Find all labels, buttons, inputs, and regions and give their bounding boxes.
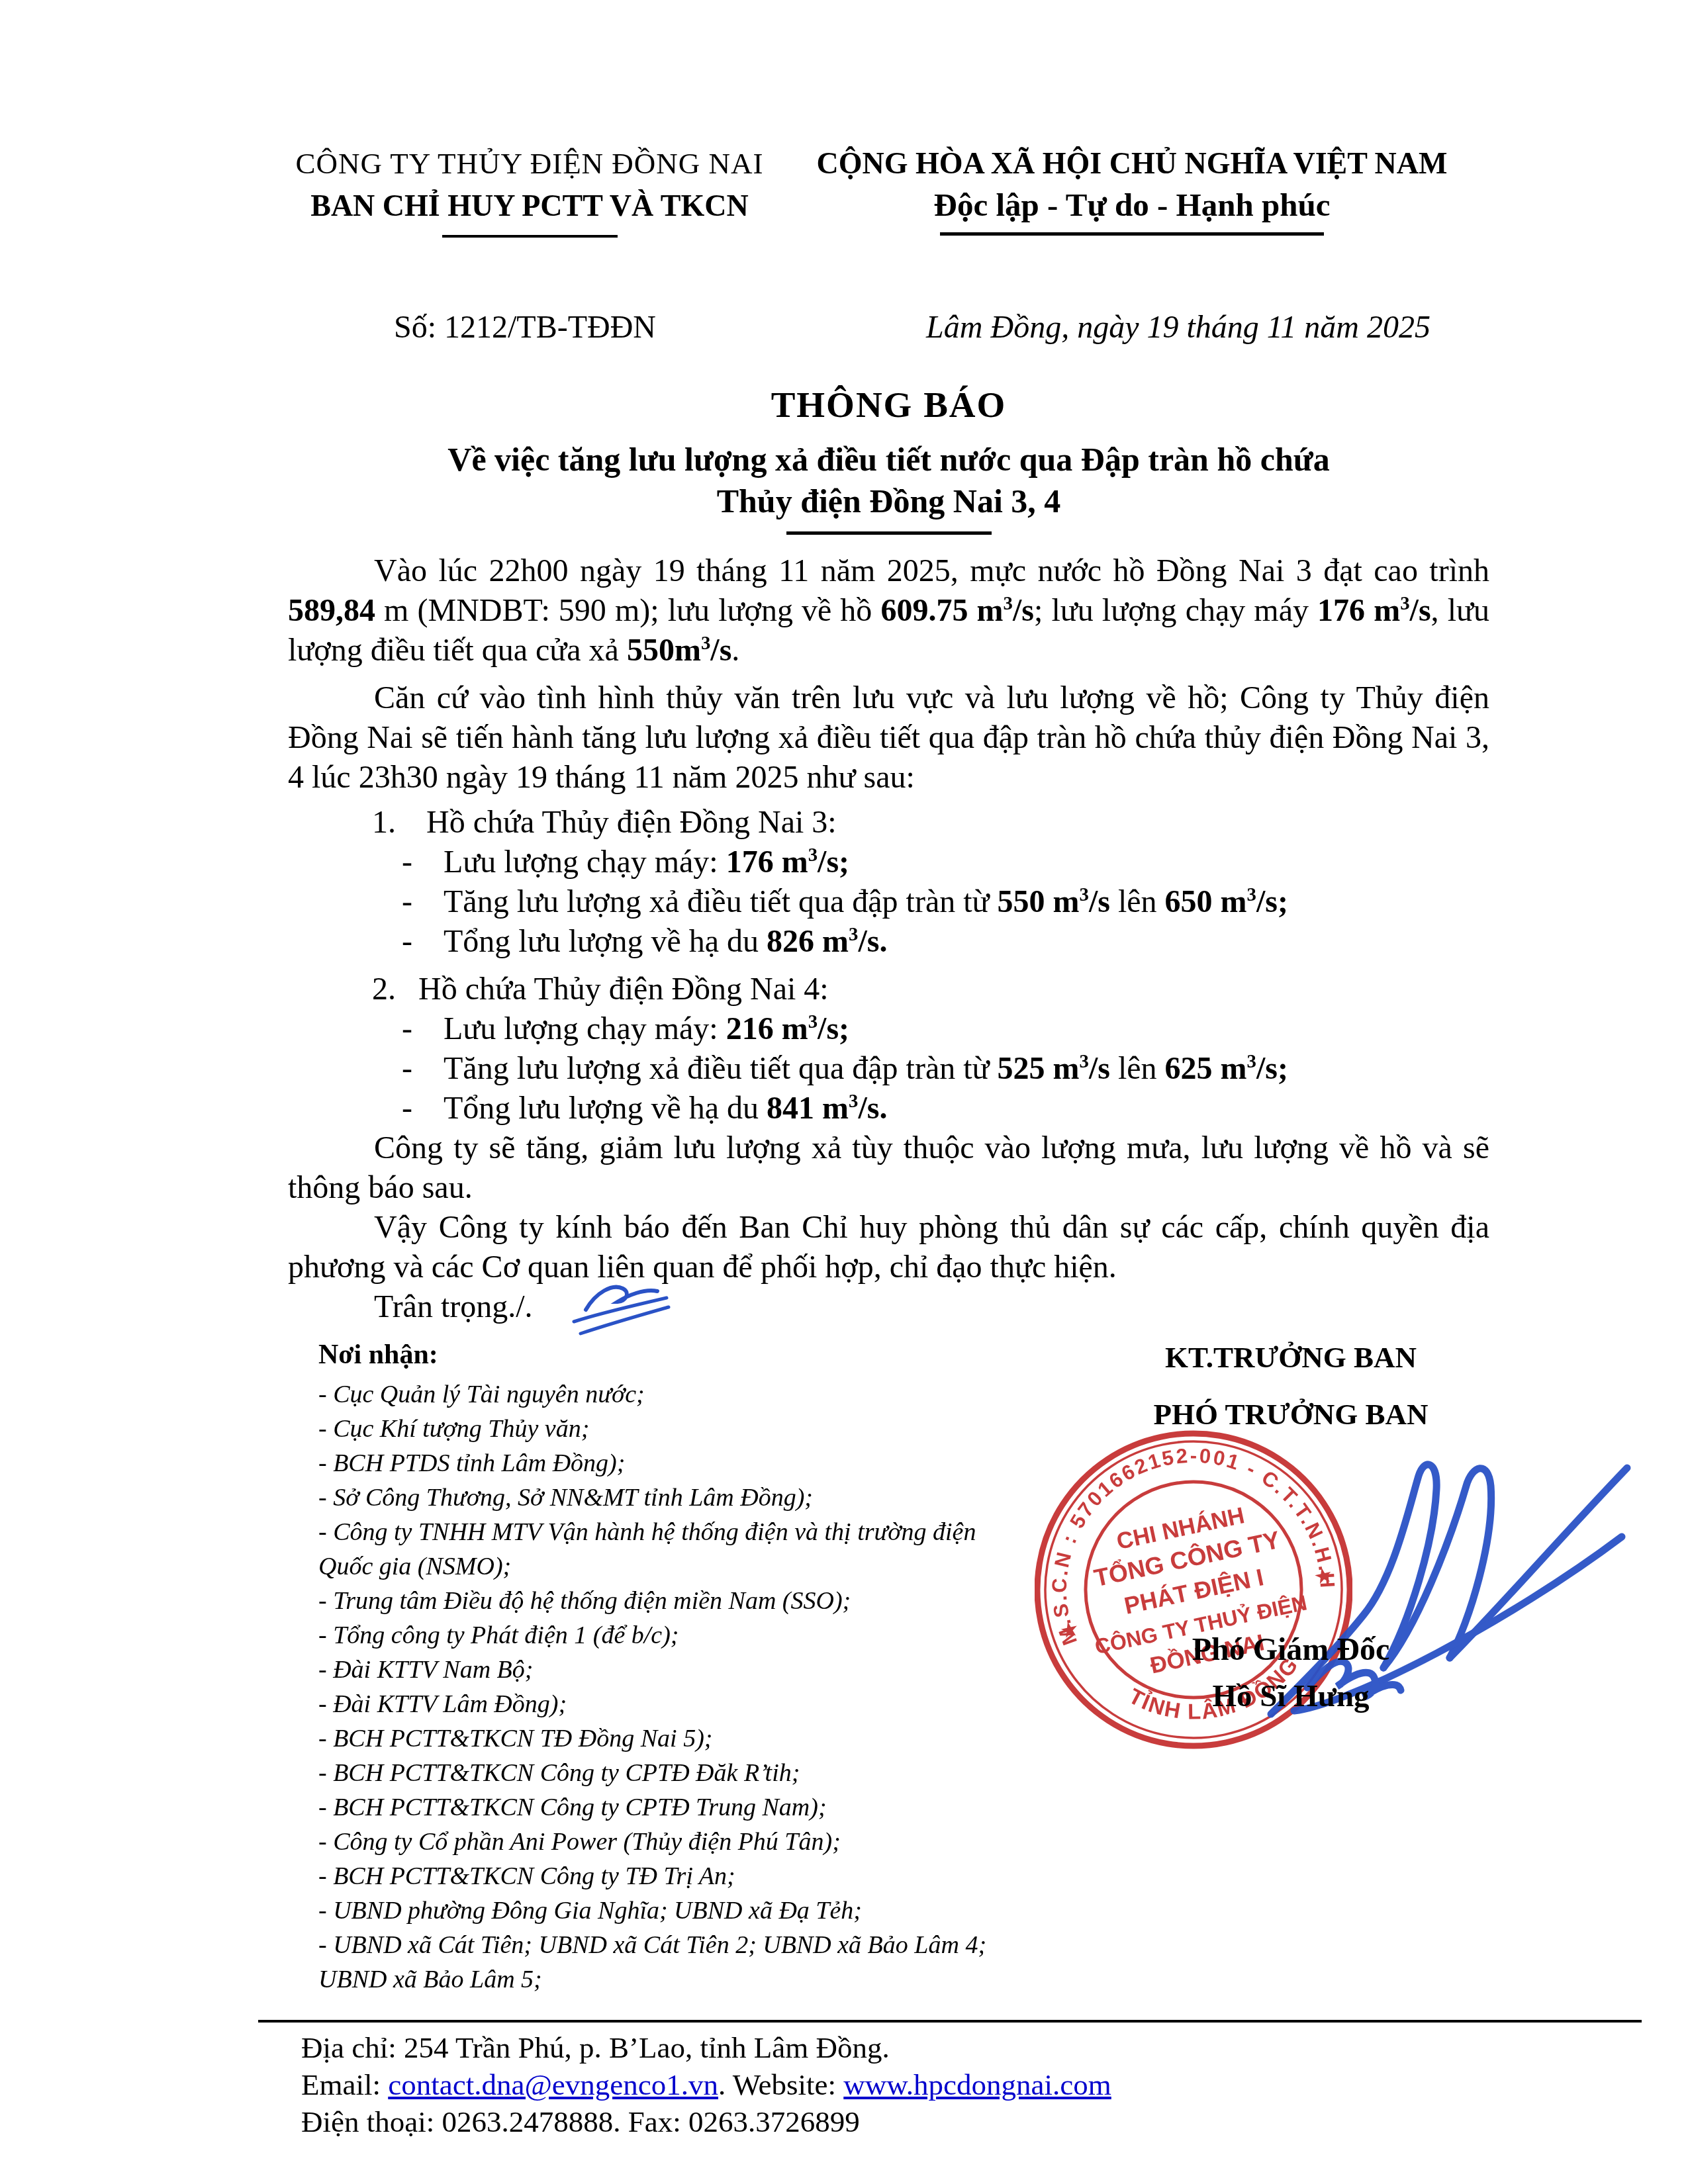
recipient-line: - Cục Quản lý Tài nguyên nước; <box>318 1377 1146 1412</box>
footer-email-link[interactable]: contact.dna@evngenco1.vn <box>388 2068 718 2101</box>
signer-role-kt: KT.TRƯỞNG BAN <box>1135 1338 1446 1377</box>
recipient-line: - Đài KTTV Nam Bộ; <box>318 1653 1146 1687</box>
bullet-dash: - <box>402 1009 444 1049</box>
bullet-text: Tăng lưu lượng xả điều tiết qua đập tràn… <box>444 1049 1489 1089</box>
motto-line: Độc lập - Tự do - Hạnh phúc <box>794 185 1470 226</box>
list-1-heading: 1.Hồ chứa Thủy điện Đồng Nai 3: <box>288 803 1489 842</box>
bullet-text: Tăng lưu lượng xả điều tiết qua đập tràn… <box>444 882 1489 922</box>
footer-email-label: Email: <box>301 2068 388 2101</box>
recipient-line: - BCH PCTT&TKCN TĐ Đồng Nai 5); <box>318 1721 1146 1756</box>
recipient-line: - BCH PTDS tỉnh Lâm Đồng); <box>318 1446 1146 1480</box>
bullet-text: Tổng lưu lượng về hạ du 826 m3/s. <box>444 922 1489 962</box>
bullet-dash: - <box>402 1089 444 1128</box>
org-department: BAN CHỈ HUY PCTT VÀ TKCN <box>288 185 771 227</box>
paragraph-adjustment-note: Công ty sẽ tăng, giảm lưu lượng xả tùy t… <box>288 1128 1489 1208</box>
list-2-heading: 2.Hồ chứa Thủy điện Đồng Nai 4: <box>288 970 1489 1009</box>
bullet-dash: - <box>402 882 444 922</box>
recipient-line: - Cục Khí tượng Thủy văn; <box>318 1412 1146 1446</box>
national-header: CỘNG HÒA XÃ HỘI CHỦ NGHĨA VIỆT NAM Độc l… <box>794 142 1470 236</box>
footer-address: Địa chỉ: 254 Trần Phú, p. B’Lao, tỉnh Lâ… <box>301 2029 1111 2066</box>
recipient-line: Quốc gia (NSMO); <box>318 1549 1146 1584</box>
subject-line-1: Về việc tăng lưu lượng xả điều tiết nước… <box>288 439 1489 480</box>
list-item: - Lưu lượng chạy máy: 216 m3/s; <box>288 1009 1489 1049</box>
recipient-line: - UBND xã Cát Tiên; UBND xã Cát Tiên 2; … <box>318 1928 1146 1962</box>
paragraph-basis: Căn cứ vào tình hình thủy văn trên lưu v… <box>288 678 1489 797</box>
org-name: CÔNG TY THỦY ĐIỆN ĐỒNG NAI <box>288 142 771 185</box>
list-2-title: Hồ chứa Thủy điện Đồng Nai 4: <box>418 972 829 1007</box>
recipients-label: Nơi nhận: <box>318 1338 1146 1372</box>
recipient-line: - Công ty Cổ phần Ani Power (Thủy điện P… <box>318 1825 1146 1859</box>
motto-underline <box>940 232 1324 236</box>
list-1-title: Hồ chứa Thủy điện Đồng Nai 3: <box>426 805 837 840</box>
footer-website-label: . Website: <box>718 2068 843 2101</box>
footer-website-link[interactable]: www.hpcdongnai.com <box>843 2068 1111 2101</box>
signer-position: Phó Giám Đốc <box>1135 1630 1446 1670</box>
list-1-marker: 1. <box>372 803 426 842</box>
bullet-dash: - <box>402 1049 444 1089</box>
footer-contact-line: Email: contact.dna@evngenco1.vn. Website… <box>301 2066 1111 2103</box>
signer-name: Hồ Sĩ Hưng <box>1135 1676 1446 1716</box>
org-header-underline <box>442 235 618 238</box>
list-item: - Tăng lưu lượng xả điều tiết qua đập tr… <box>288 882 1489 922</box>
document-number: Số: 1212/TB-TĐĐN <box>394 309 656 345</box>
stamp-star-left-icon: ★ <box>1058 1616 1082 1643</box>
recipient-line: - UBND phường Đông Gia Nghĩa; UBND xã Đạ… <box>318 1893 1146 1928</box>
recipient-line: - Sở Công Thương, Sở NN&MT tỉnh Lâm Đồng… <box>318 1480 1146 1515</box>
footer-block: Địa chỉ: 254 Trần Phú, p. B’Lao, tỉnh Lâ… <box>301 2029 1111 2140</box>
recipient-line: UBND xã Bảo Lâm 5; <box>318 1962 1146 1997</box>
list-item: - Tổng lưu lượng về hạ du 841 m3/s. <box>288 1089 1489 1128</box>
recipient-line: - Đài KTTV Lâm Đồng); <box>318 1687 1146 1721</box>
initials-paraph-ink <box>566 1275 672 1338</box>
recipient-line: - Công ty TNHH MTV Vận hành hệ thống điệ… <box>318 1515 1146 1549</box>
list-item: - Lưu lượng chạy máy: 176 m3/s; <box>288 842 1489 882</box>
paragraph-notify: Vậy Công ty kính báo đến Ban Chỉ huy phò… <box>288 1208 1489 1287</box>
org-header: CÔNG TY THỦY ĐIỆN ĐỒNG NAI BAN CHỈ HUY P… <box>288 142 771 238</box>
list-item: - Tăng lưu lượng xả điều tiết qua đập tr… <box>288 1049 1489 1089</box>
recipient-line: - Tổng công ty Phát điện 1 (để b/c); <box>318 1618 1146 1653</box>
bullet-text: Tổng lưu lượng về hạ du 841 m3/s. <box>444 1089 1489 1128</box>
bullet-text: Lưu lượng chạy máy: 216 m3/s; <box>444 1009 1489 1049</box>
place-date-line: Lâm Đồng, ngày 19 tháng 11 năm 2025 <box>884 309 1473 345</box>
list-2-marker: 2. <box>372 970 418 1009</box>
recipient-line: - Trung tâm Điều độ hệ thống điện miền N… <box>318 1584 1146 1618</box>
footer-divider <box>258 2020 1642 2023</box>
closing-salutation: Trân trọng./. <box>288 1287 1489 1327</box>
recipient-line: - BCH PCTT&TKCN Công ty CPTĐ Đăk R’tih; <box>318 1756 1146 1790</box>
republic-line: CỘNG HÒA XÃ HỘI CHỦ NGHĨA VIỆT NAM <box>794 142 1470 185</box>
bullet-text: Lưu lượng chạy máy: 176 m3/s; <box>444 842 1489 882</box>
recipient-line: - BCH PCTT&TKCN Công ty TĐ Trị An; <box>318 1859 1146 1893</box>
bullet-dash: - <box>402 922 444 962</box>
document-type-title: THÔNG BÁO <box>288 382 1489 428</box>
recipient-line: - BCH PCTT&TKCN Công ty CPTĐ Trung Nam); <box>318 1790 1146 1825</box>
recipients-block: Nơi nhận: - Cục Quản lý Tài nguyên nước;… <box>318 1338 1146 1997</box>
document-page: CÔNG TY THỦY ĐIỆN ĐỒNG NAI BAN CHỈ HUY P… <box>0 0 1688 2184</box>
paragraph-water-level: Vào lúc 22h00 ngày 19 tháng 11 năm 2025,… <box>288 551 1489 670</box>
title-block: THÔNG BÁO Về việc tăng lưu lượng xả điều… <box>288 382 1489 535</box>
recipients-list: - Cục Quản lý Tài nguyên nước;- Cục Khí … <box>318 1377 1146 1997</box>
footer-phone: Điện thoại: 0263.2478888. Fax: 0263.3726… <box>301 2103 1111 2140</box>
bullet-dash: - <box>402 842 444 882</box>
title-underline <box>786 531 992 535</box>
body-text: Vào lúc 22h00 ngày 19 tháng 11 năm 2025,… <box>288 551 1489 1327</box>
list-item: - Tổng lưu lượng về hạ du 826 m3/s. <box>288 922 1489 962</box>
subject-line-2: Thủy điện Đồng Nai 3, 4 <box>288 480 1489 522</box>
